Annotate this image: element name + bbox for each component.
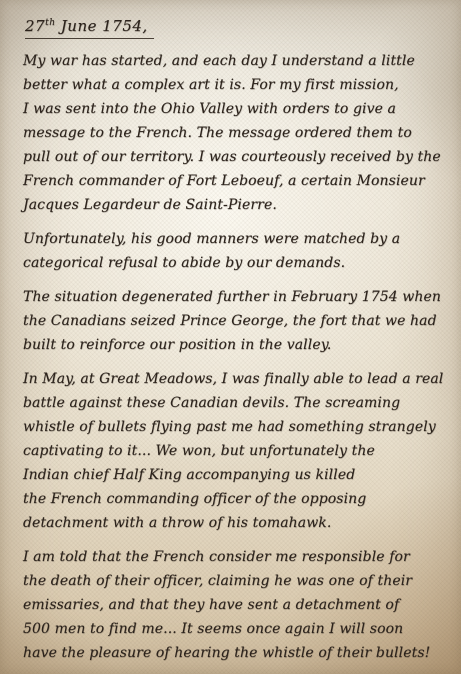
date-ordinal: th (45, 18, 55, 28)
handwritten-line: Unfortunately, his good manners were mat… (23, 227, 443, 251)
handwritten-line: the death of their officer, claiming he … (23, 569, 443, 593)
handwritten-line: My war has started, and each day I under… (23, 49, 443, 73)
letter-paragraph: My war has started, and each day I under… (23, 49, 443, 217)
handwritten-line: whistle of bullets flying past me had so… (23, 415, 443, 439)
handwritten-line: captivating to it... We won, but unfortu… (23, 439, 443, 463)
letter-paragraph: Unfortunately, his good manners were mat… (23, 227, 443, 275)
handwritten-line: Indian chief Half King accompanying us k… (23, 463, 443, 487)
handwritten-line: the Canadians seized Prince George, the … (23, 309, 443, 333)
handwritten-line: better what a complex art it is. For my … (23, 73, 443, 97)
handwritten-line: built to reinforce our position in the v… (23, 333, 443, 357)
handwritten-line: I was sent into the Ohio Valley with ord… (23, 97, 443, 121)
parchment-page: 27th June 1754, My war has started, and … (0, 0, 461, 674)
handwritten-line: categorical refusal to abide by our dema… (23, 251, 443, 275)
handwritten-line: 500 men to find me... It seems once agai… (23, 617, 443, 641)
date-underline: 27th June 1754, (25, 15, 154, 39)
handwritten-line: battle against these Canadian devils. Th… (23, 391, 443, 415)
handwritten-line: Jacques Legardeur de Saint-Pierre. (23, 193, 443, 217)
handwritten-line: message to the French. The message order… (23, 121, 443, 145)
handwritten-line: have the pleasure of hearing the whistle… (23, 641, 443, 665)
letter-body: My war has started, and each day I under… (23, 49, 443, 665)
handwritten-line: pull out of our territory. I was courteo… (23, 145, 443, 169)
handwritten-line: I am told that the French consider me re… (23, 545, 443, 569)
date-heading: 27th June 1754, (25, 15, 443, 39)
handwritten-line: the French commanding officer of the opp… (23, 487, 443, 511)
letter-paragraph: In May, at Great Meadows, I was finally … (23, 367, 443, 535)
handwritten-line: emissaries, and that they have sent a de… (23, 593, 443, 617)
handwritten-line: The situation degenerated further in Feb… (23, 285, 443, 309)
handwritten-line: In May, at Great Meadows, I was finally … (23, 367, 443, 391)
letter-paragraph: The situation degenerated further in Feb… (23, 285, 443, 357)
date-month-year: June 1754, (56, 17, 148, 35)
letter-content: 27th June 1754, My war has started, and … (0, 0, 461, 674)
letter-paragraph: I am told that the French consider me re… (23, 545, 443, 665)
handwritten-line: detachment with a throw of his tomahawk. (23, 511, 443, 535)
date-day: 27 (25, 17, 45, 35)
handwritten-line: French commander of Fort Leboeuf, a cert… (23, 169, 443, 193)
